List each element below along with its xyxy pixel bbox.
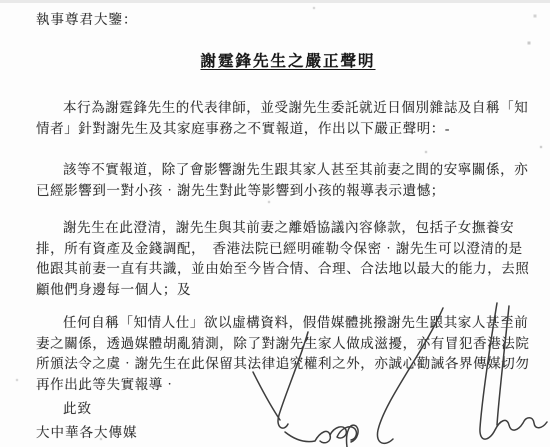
closing-phrase: 此致 bbox=[36, 398, 540, 419]
salutation-line: 執事尊君大鑒： bbox=[36, 10, 540, 30]
scan-noise-speckles bbox=[0, 0, 2, 2]
paragraph-false-reports: 該等不實報道，除了會影響謝先生跟其家人甚至其前妻之間的安寧關係，亦 已經影響到一… bbox=[36, 160, 540, 201]
recipient-line: 大中華各大傳媒 bbox=[36, 422, 540, 443]
paragraph-clarification: 謝先生在此澄清，謝先生與其前妻之離婚協議內容條款，包括子女撫養安 排，所有資產及… bbox=[36, 218, 540, 300]
statement-document: 執事尊君大鑒： 謝霆鋒先生之嚴正聲明 本行為謝霆鋒先生的代表律師，並受謝先生委託… bbox=[0, 0, 550, 447]
document-title-text: 謝霆鋒先生之嚴正聲明 bbox=[200, 53, 375, 70]
paragraph-warning: 任何自稱「知情人仕」欲以虛構資料，假借媒體挑撥謝先生跟其家人甚至前 妻之關係，透… bbox=[36, 313, 540, 395]
scan-edge-artifact bbox=[0, 0, 550, 3]
document-title: 謝霆鋒先生之嚴正聲明 bbox=[36, 50, 540, 73]
paragraph-representation: 本行為謝霆鋒先生的代表律師，並受謝先生委託就近日個別雜誌及自稱「知 情者」針對謝… bbox=[36, 98, 540, 139]
